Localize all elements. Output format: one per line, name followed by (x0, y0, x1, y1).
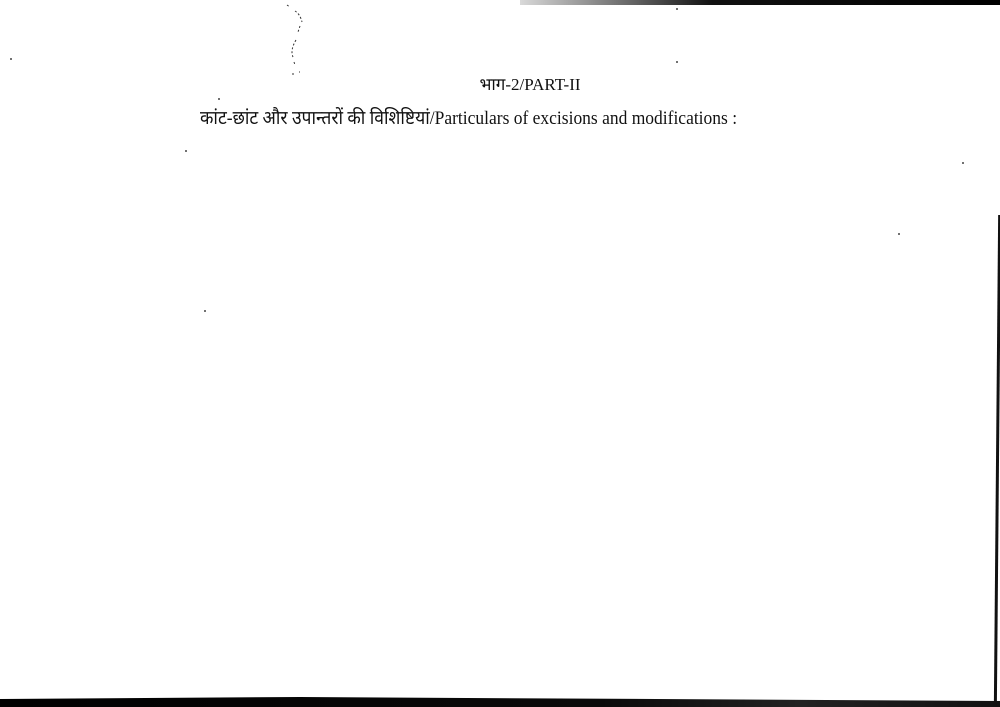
part-heading: भाग-2/PART-II (0, 72, 1000, 95)
scan-speck (204, 310, 206, 312)
section-subheading: कांट-छांट और उपान्तरों की विशिष्टियां/Pa… (200, 104, 737, 130)
scan-speck (962, 162, 964, 164)
scan-speck (185, 150, 187, 152)
scan-speck (676, 61, 678, 63)
pen-mark-scribble (282, 2, 312, 77)
scan-edge-bottom (0, 697, 1000, 707)
scan-speck (218, 98, 220, 100)
scan-speck (676, 8, 678, 10)
scan-edge-right (994, 215, 1000, 707)
scan-speck (10, 58, 12, 60)
scan-edge-top (520, 0, 1000, 5)
scan-speck (898, 233, 900, 235)
